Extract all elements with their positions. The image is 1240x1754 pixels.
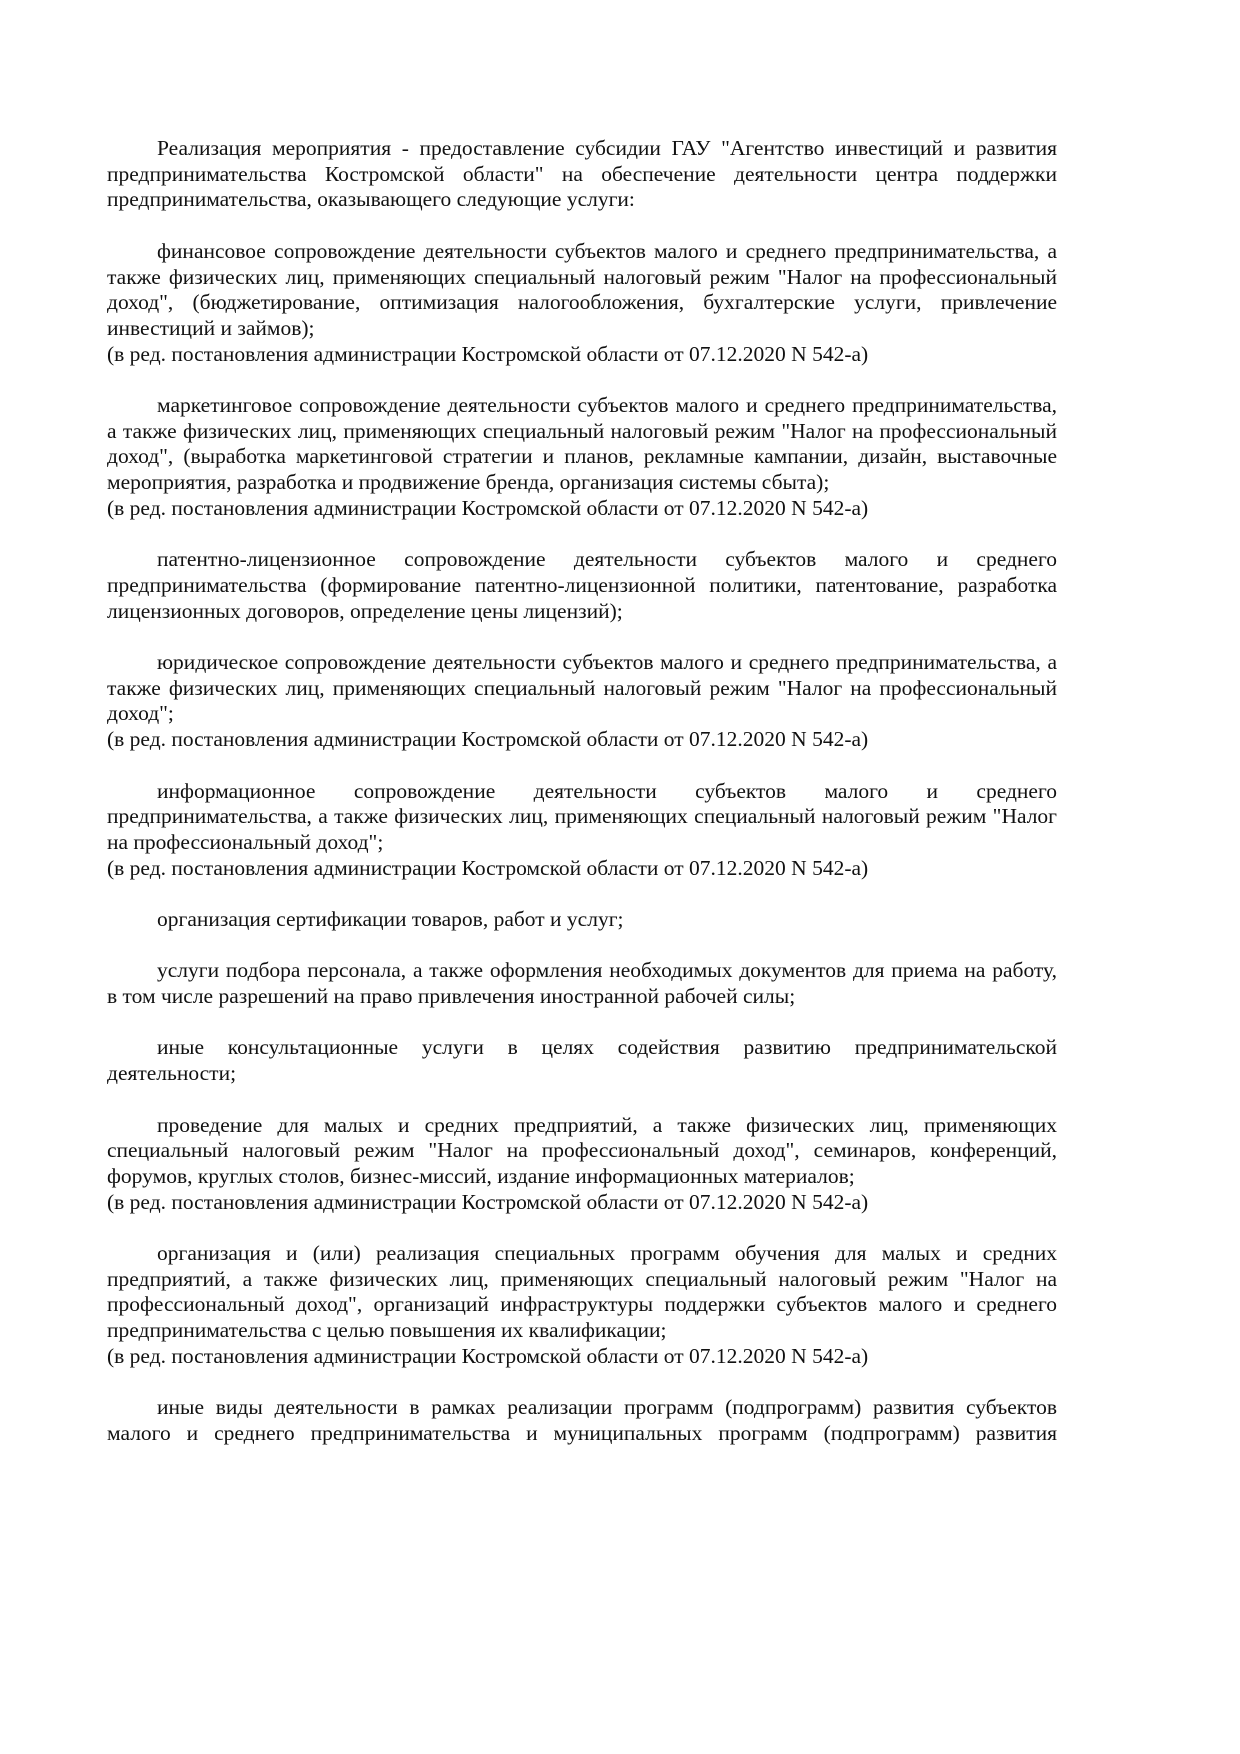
service-item: иные консультационные услуги в целях сод… [107,1035,1057,1086]
service-item: юридическое сопровождение деятельности с… [107,650,1057,753]
service-item: иные виды деятельности в рамках реализац… [107,1395,1057,1446]
service-item: информационное сопровождение деятельност… [107,779,1057,882]
service-text: юридическое сопровождение деятельности с… [107,650,1057,727]
service-item: организация и (или) реализация специальн… [107,1241,1057,1370]
service-text: финансовое сопровождение деятельности су… [107,239,1057,342]
service-text: иные виды деятельности в рамках реализац… [107,1395,1057,1446]
service-text: информационное сопровождение деятельност… [107,779,1057,856]
service-text: патентно-лицензионное сопровождение деят… [107,547,1057,624]
service-item: услуги подбора персонала, а также оформл… [107,958,1057,1009]
service-item: маркетинговое сопровождение деятельности… [107,393,1057,522]
service-text: организация и (или) реализация специальн… [107,1241,1057,1344]
intro-paragraph: Реализация мероприятия - предоставление … [107,136,1057,213]
amendment-note: (в ред. постановления администрации Кост… [107,1190,1057,1216]
service-text: иные консультационные услуги в целях сод… [107,1035,1057,1086]
amendment-note: (в ред. постановления администрации Кост… [107,1344,1057,1370]
services-list: финансовое сопровождение деятельности су… [107,239,1057,1447]
service-text: услуги подбора персонала, а также оформл… [107,958,1057,1009]
amendment-note: (в ред. постановления администрации Кост… [107,727,1057,753]
service-text: организация сертификации товаров, работ … [107,907,1057,933]
amendment-note: (в ред. постановления администрации Кост… [107,496,1057,522]
document-page: Реализация мероприятия - предоставление … [107,136,1057,1447]
service-item: финансовое сопровождение деятельности су… [107,239,1057,368]
service-text: маркетинговое сопровождение деятельности… [107,393,1057,496]
amendment-note: (в ред. постановления администрации Кост… [107,342,1057,368]
service-item: проведение для малых и средних предприят… [107,1113,1057,1216]
amendment-note: (в ред. постановления администрации Кост… [107,856,1057,882]
service-item: организация сертификации товаров, работ … [107,907,1057,933]
service-text: проведение для малых и средних предприят… [107,1113,1057,1190]
service-item: патентно-лицензионное сопровождение деят… [107,547,1057,624]
